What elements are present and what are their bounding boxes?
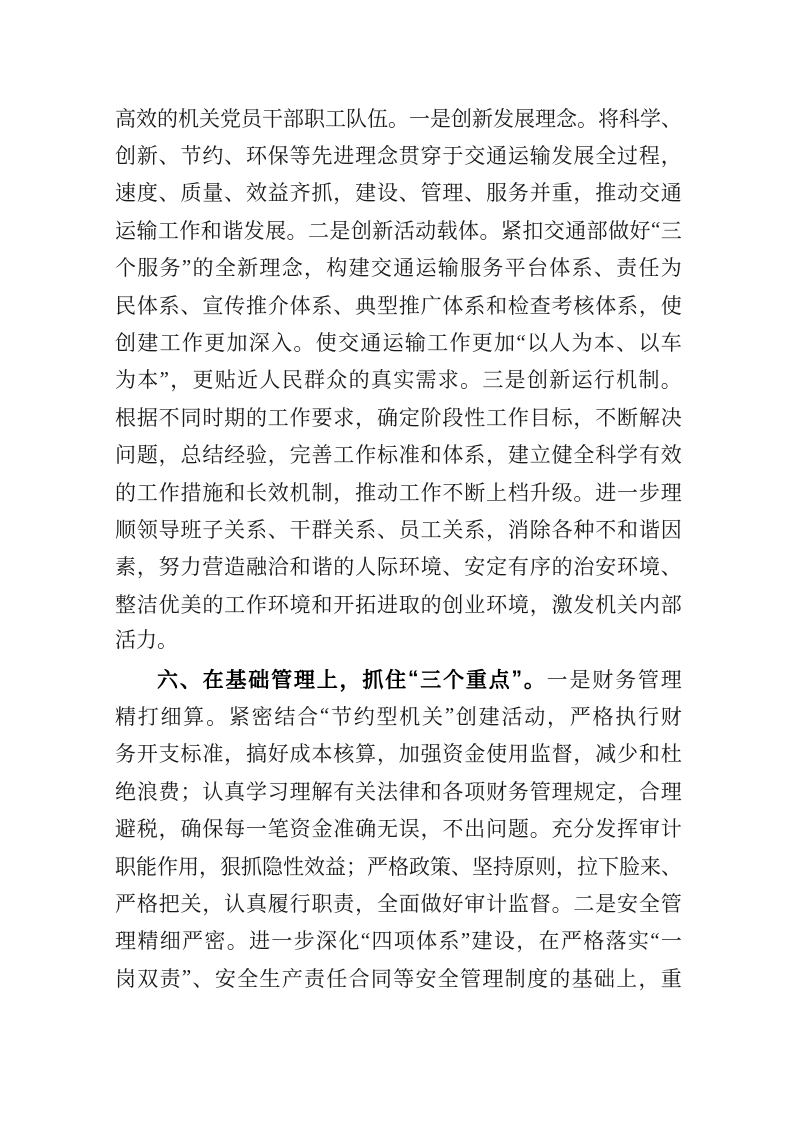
text-line-heading: 六、在基础管理上，抓住“三个重点”。一是财务管理 <box>115 660 682 697</box>
text-line: 素，努力营造融洽和谐的人际环境、安定有序的治安环境、 <box>115 548 682 585</box>
text-line: 运输工作和谐发展。二是创新活动载体。紧扣交通部做好“三 <box>115 211 682 248</box>
text-line: 为本”，更贴近人民群众的真实需求。三是创新运行机制。 <box>115 361 682 398</box>
text-line: 个服务”的全新理念，构建交通运输服务平台体系、责任为 <box>115 249 682 286</box>
text-line: 高效的机关党员干部职工队伍。一是创新发展理念。将科学、 <box>115 99 682 136</box>
text-line: 务开支标准，搞好成本核算，加强资金使用监督，减少和杜 <box>115 735 682 772</box>
text-line: 避税，确保每一笔资金准确无误，不出问题。充分发挥审计 <box>115 809 682 846</box>
text-line: 创建工作更加深入。使交通运输工作更加“以人为本、以车 <box>115 323 682 360</box>
text-line: 问题，总结经验，完善工作标准和体系，建立健全科学有效 <box>115 436 682 473</box>
text-line: 精打细算。紧密结合“节约型机关”创建活动，严格执行财 <box>115 697 682 734</box>
text-block: 高效的机关党员干部职工队伍。一是创新发展理念。将科学、创新、节约、环保等先进理念… <box>115 99 682 996</box>
text-line: 创新、节约、环保等先进理念贯穿于交通运输发展全过程， <box>115 136 682 173</box>
text-line: 根据不同时期的工作要求，确定阶段性工作目标，不断解决 <box>115 398 682 435</box>
text-line: 理精细严密。进一步深化“四项体系”建设，在严格落实“一 <box>115 922 682 959</box>
document-page: 高效的机关党员干部职工队伍。一是创新发展理念。将科学、创新、节约、环保等先进理念… <box>0 0 793 1122</box>
text-line: 速度、质量、效益齐抓，建设、管理、服务并重，推动交通 <box>115 174 682 211</box>
paragraph: 高效的机关党员干部职工队伍。一是创新发展理念。将科学、创新、节约、环保等先进理念… <box>115 99 682 660</box>
paragraph: 六、在基础管理上，抓住“三个重点”。一是财务管理精打细算。紧密结合“节约型机关”… <box>115 660 682 997</box>
text-line: 民体系、宣传推介体系、典型推广体系和检查考核体系，使 <box>115 286 682 323</box>
text-line: 的工作措施和长效机制，推动工作不断上档升级。进一步理 <box>115 473 682 510</box>
text-line: 岗双责”、安全生产责任合同等安全管理制度的基础上，重 <box>115 959 682 996</box>
text-line: 严格把关，认真履行职责，全面做好审计监督。二是安全管 <box>115 884 682 921</box>
text-line: 顺领导班子关系、干群关系、员工关系，消除各种不和谐因 <box>115 510 682 547</box>
text-line: 整洁优美的工作环境和开拓进取的创业环境，激发机关内部 <box>115 585 682 622</box>
text-line: 活力。 <box>115 622 682 659</box>
text-line: 职能作用，狠抓隐性效益；严格政策、坚持原则，拉下脸来、 <box>115 847 682 884</box>
text-line: 绝浪费；认真学习理解有关法律和各项财务管理规定，合理 <box>115 772 682 809</box>
